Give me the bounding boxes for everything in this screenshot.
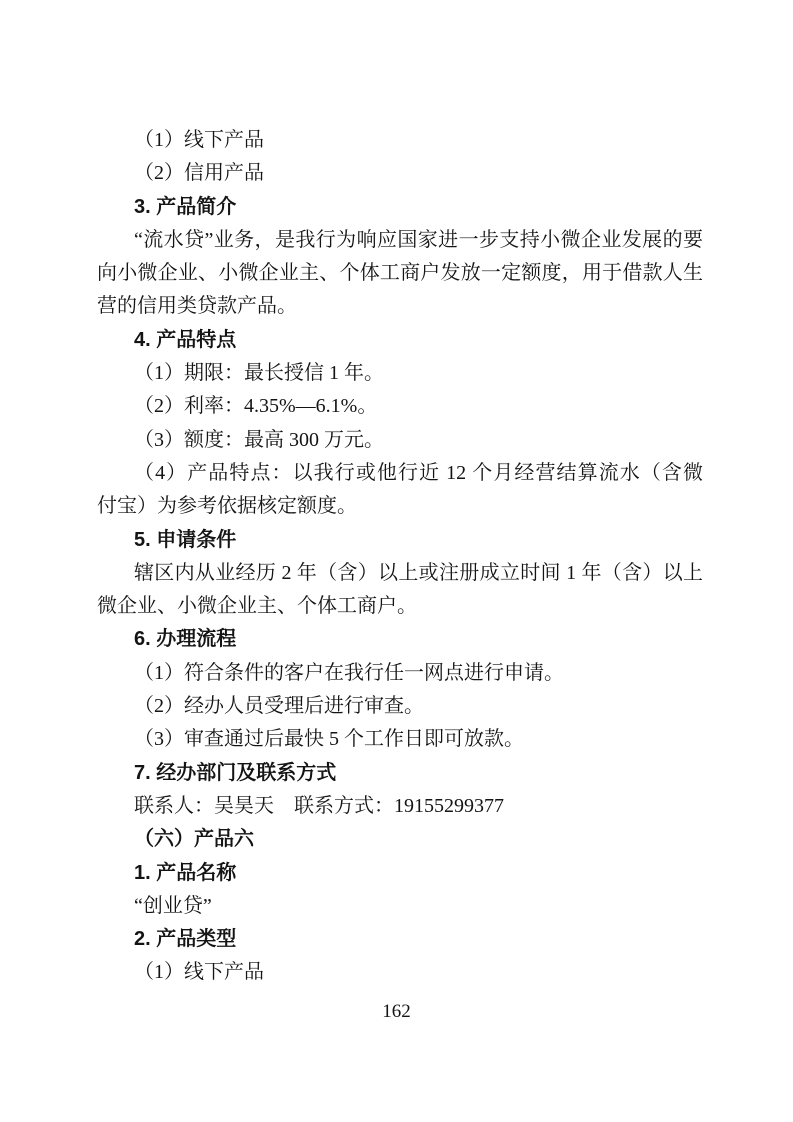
contact-info: 联系人：吴昊天 联系方式：19155299377 [97, 790, 703, 823]
list-item-process-review: （2）经办人员受理后进行审查。 [97, 690, 703, 723]
document-body: （1）线下产品 （2）信用产品 3. 产品简介 “流水贷”业务，是我行为响应国家… [97, 124, 703, 990]
product-name-value: “创业贷” [97, 890, 703, 923]
list-item-rate: （2）利率：4.35%—6.1%。 [97, 390, 703, 423]
heading-product-name: 1. 产品名称 [97, 857, 703, 890]
list-item-amount: （3）额度：最高 300 万元。 [97, 424, 703, 457]
paragraph-intro-line-3: 营的信用类贷款产品。 [97, 290, 703, 323]
document-page: （1）线下产品 （2）信用产品 3. 产品简介 “流水贷”业务，是我行为响应国家… [0, 0, 793, 1122]
list-item-offline-product-2: （1）线下产品 [97, 956, 703, 989]
heading-product-features: 4. 产品特点 [97, 324, 703, 357]
paragraph-intro-line-1: “流水贷”业务，是我行为响应国家进一步支持小微企业发展的要求， [97, 224, 703, 257]
list-item-process-apply: （1）符合条件的客户在我行任一网点进行申请。 [97, 657, 703, 690]
page-number: 162 [0, 998, 793, 1026]
list-item-feature-line-2: 付宝）为参考依据核定额度。 [97, 490, 703, 523]
paragraph-intro-line-2: 向小微企业、小微企业主、个体工商户发放一定额度，用于借款人生产经 [97, 257, 703, 290]
list-item-term: （1）期限：最长授信 1 年。 [97, 357, 703, 390]
heading-application-conditions: 5. 申请条件 [97, 524, 703, 557]
heading-department-contact: 7. 经办部门及联系方式 [97, 757, 703, 790]
list-item-process-loan: （3）审查通过后最快 5 个工作日即可放款。 [97, 723, 703, 756]
list-item-feature-line-1: （4）产品特点：以我行或他行近 12 个月经营结算流水（含微信、支 [97, 457, 703, 490]
heading-product-intro: 3. 产品简介 [97, 191, 703, 224]
heading-product-six: （六）产品六 [97, 823, 703, 856]
list-item-offline-product: （1）线下产品 [97, 124, 703, 157]
heading-handling-process: 6. 办理流程 [97, 623, 703, 656]
paragraph-conditions-line-2: 微企业、小微企业主、个体工商户。 [97, 590, 703, 623]
list-item-credit-product: （2）信用产品 [97, 157, 703, 190]
paragraph-conditions-line-1: 辖区内从业经历 2 年（含）以上或注册成立时间 1 年（含）以上的小 [97, 557, 703, 590]
heading-product-type: 2. 产品类型 [97, 923, 703, 956]
